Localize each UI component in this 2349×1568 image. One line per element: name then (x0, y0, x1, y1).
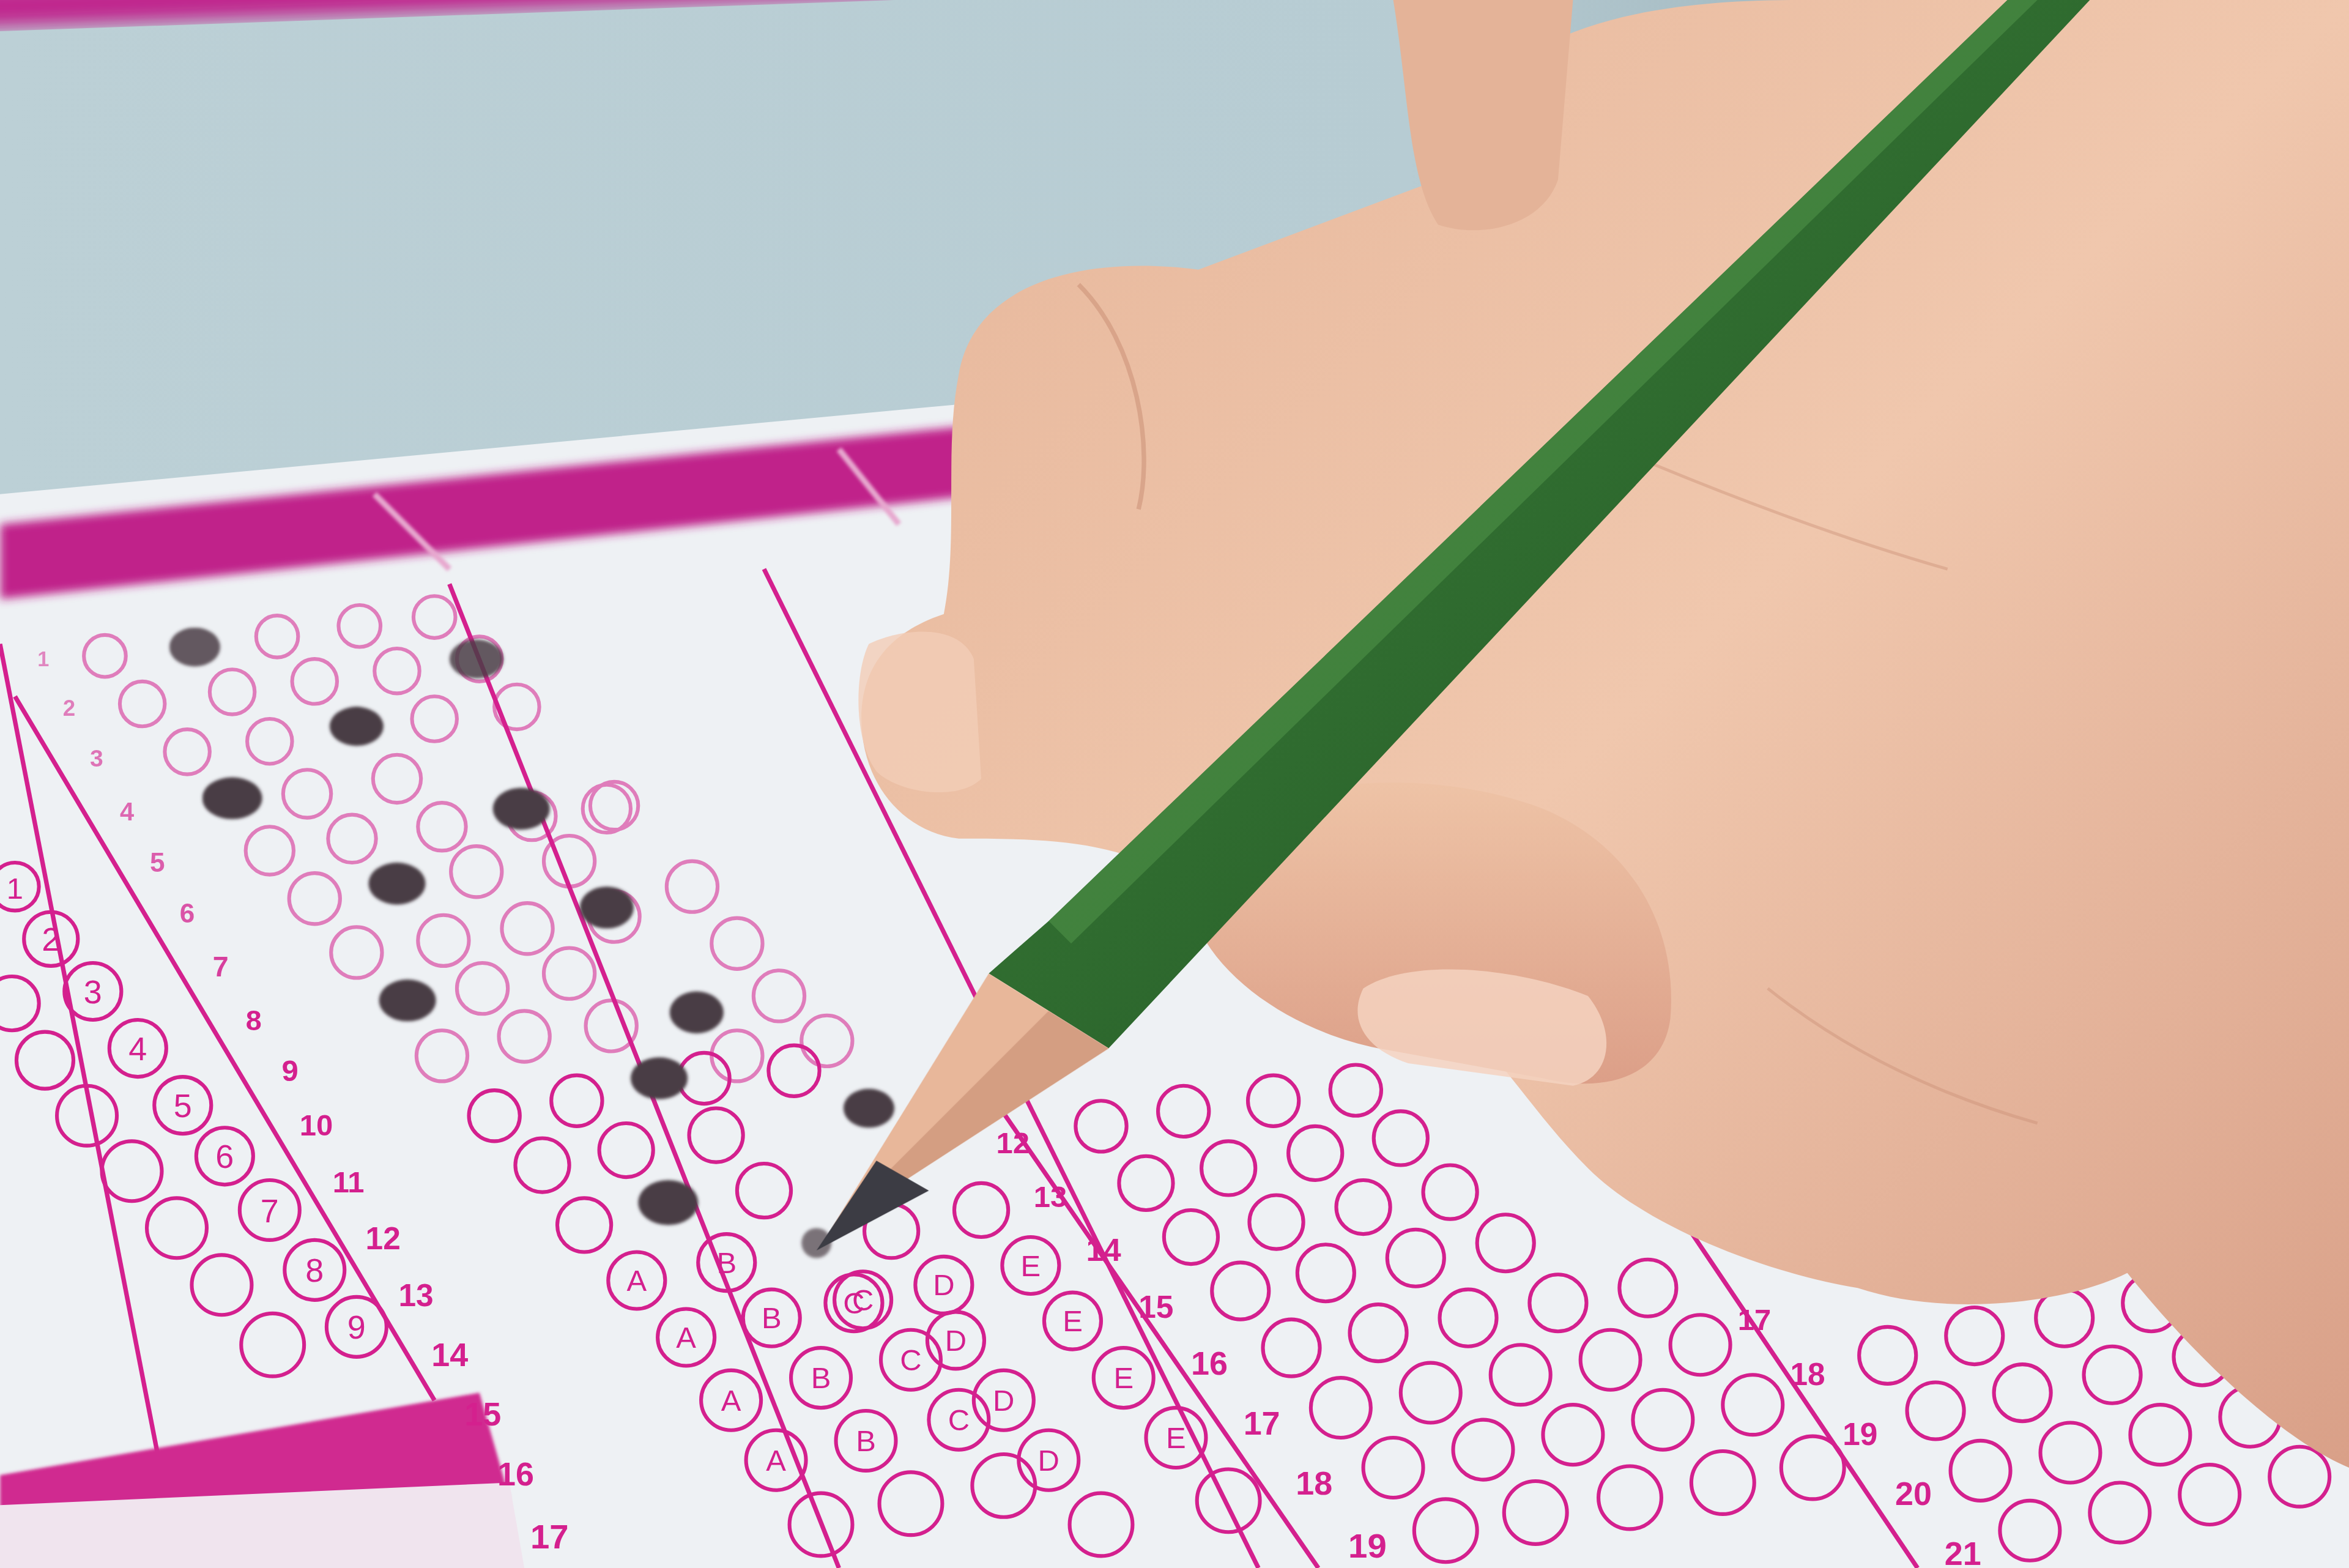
svg-text:19: 19 (1842, 1416, 1877, 1452)
svg-text:16: 16 (497, 1456, 534, 1493)
photo-illustration: 1 2 3 4 5 6 7 8 9 1 2 3 4 5 6 (0, 0, 2349, 1568)
svg-text:A: A (626, 1265, 647, 1298)
photo-scene: 1 2 3 4 5 6 7 8 9 1 2 3 4 5 6 (0, 0, 2349, 1568)
svg-text:16: 16 (1191, 1345, 1228, 1382)
svg-text:15: 15 (1138, 1289, 1173, 1325)
svg-text:3: 3 (90, 746, 103, 772)
svg-text:15: 15 (464, 1396, 501, 1433)
svg-text:1: 1 (7, 872, 23, 905)
svg-text:7: 7 (261, 1193, 279, 1230)
svg-text:E: E (1063, 1305, 1083, 1338)
svg-text:11: 11 (333, 1166, 365, 1199)
svg-text:D: D (945, 1325, 967, 1358)
svg-text:17: 17 (530, 1517, 569, 1556)
svg-text:6: 6 (215, 1139, 234, 1175)
svg-text:6: 6 (180, 899, 195, 929)
svg-text:B: B (716, 1247, 737, 1280)
svg-text:8: 8 (246, 1005, 262, 1036)
svg-text:1: 1 (37, 648, 49, 671)
svg-text:D: D (993, 1384, 1014, 1418)
svg-text:9: 9 (347, 1309, 366, 1346)
svg-text:21: 21 (1945, 1536, 1981, 1568)
svg-text:B: B (811, 1362, 831, 1395)
svg-text:C: C (948, 1404, 970, 1437)
svg-text:9: 9 (281, 1055, 298, 1088)
svg-text:18: 18 (1791, 1356, 1825, 1392)
svg-text:10: 10 (300, 1109, 333, 1142)
svg-text:E: E (1021, 1250, 1041, 1283)
svg-text:17: 17 (1244, 1405, 1280, 1442)
svg-text:D: D (933, 1269, 954, 1302)
svg-text:12: 12 (366, 1221, 401, 1256)
svg-text:2: 2 (42, 921, 60, 958)
svg-text:20: 20 (1895, 1476, 1932, 1512)
svg-text:2: 2 (63, 696, 75, 721)
svg-text:B: B (856, 1425, 876, 1458)
svg-text:5: 5 (174, 1088, 192, 1124)
svg-text:E: E (1113, 1362, 1134, 1395)
svg-text:A: A (721, 1384, 741, 1418)
svg-text:18: 18 (1296, 1465, 1332, 1502)
svg-text:19: 19 (1348, 1526, 1387, 1565)
svg-text:A: A (766, 1444, 786, 1477)
svg-text:13: 13 (1034, 1181, 1067, 1214)
svg-text:C: C (852, 1284, 874, 1317)
svg-text:13: 13 (398, 1277, 433, 1313)
svg-text:C: C (900, 1344, 921, 1377)
svg-text:14: 14 (431, 1337, 468, 1373)
svg-text:14: 14 (1086, 1232, 1122, 1268)
svg-text:E: E (1166, 1422, 1186, 1455)
svg-text:4: 4 (128, 1031, 147, 1068)
svg-text:A: A (676, 1321, 696, 1354)
svg-text:17: 17 (1738, 1304, 1771, 1337)
svg-text:3: 3 (84, 974, 102, 1011)
svg-text:12: 12 (996, 1127, 1030, 1160)
svg-text:B: B (762, 1302, 782, 1335)
svg-text:7: 7 (213, 951, 229, 983)
svg-text:8: 8 (305, 1252, 324, 1289)
svg-text:5: 5 (150, 848, 165, 878)
svg-text:4: 4 (120, 797, 134, 826)
svg-text:D: D (1038, 1444, 1059, 1477)
